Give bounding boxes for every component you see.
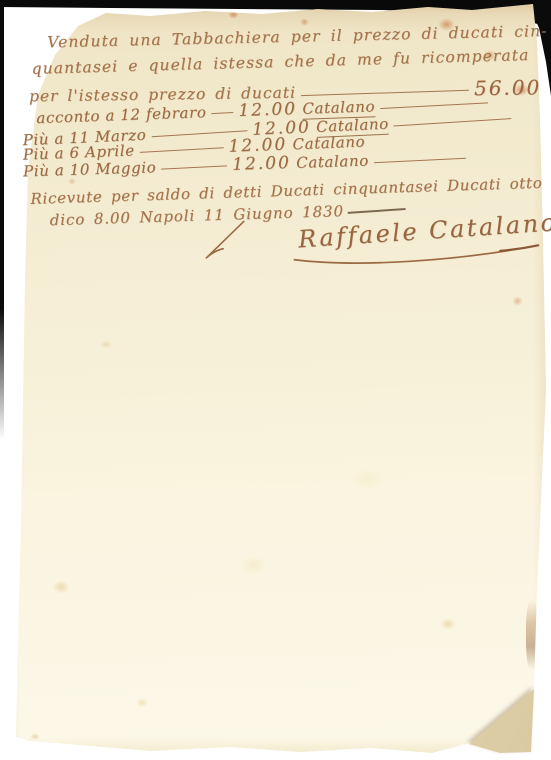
strike-mark	[348, 208, 406, 214]
signature-flourish	[290, 242, 542, 266]
trailing-line	[394, 118, 512, 126]
trailing-line	[374, 157, 466, 162]
payment-label: Più a 10 Maggio	[23, 158, 157, 180]
leader-line	[161, 165, 227, 169]
payment-amount: 12.00	[232, 153, 291, 175]
payment-name: Catalano	[296, 152, 369, 172]
trailing-line	[380, 102, 488, 109]
photo-frame: Venduta una Tabbachiera per il prezzo di…	[0, 0, 551, 760]
paraph-mark	[196, 218, 253, 263]
leader-line	[211, 112, 233, 114]
leader-line	[140, 147, 224, 153]
manuscript-ink: Venduta una Tabbachiera per il prezzo di…	[0, 0, 551, 760]
body-line-2: quantasei e quella istessa che da me fu …	[31, 46, 529, 78]
closing-line-1: Ricevute per saldo di detti Ducati cinqu…	[30, 174, 543, 208]
